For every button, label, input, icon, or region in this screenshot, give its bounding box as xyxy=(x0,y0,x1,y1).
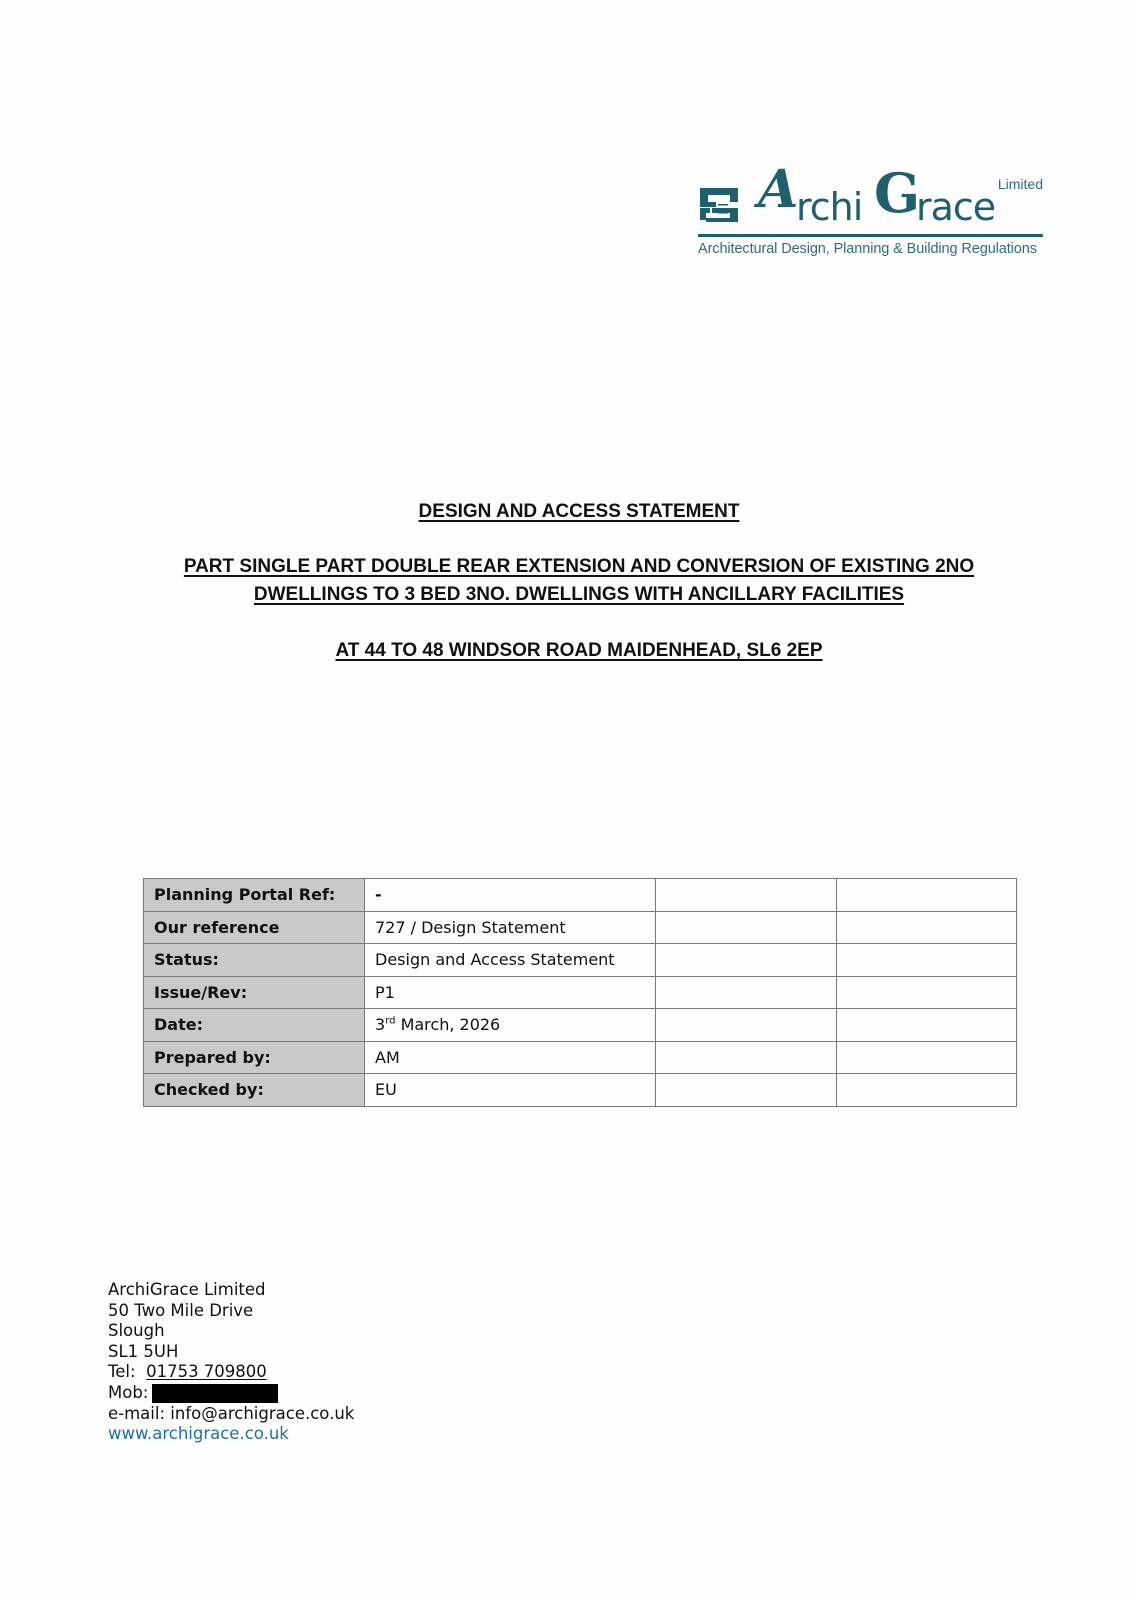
empty-cell xyxy=(837,976,1017,1009)
logo-suffix: Limited xyxy=(998,176,1043,192)
street-address: 50 Two Mile Drive xyxy=(108,1301,354,1322)
document-info-table: Planning Portal Ref: - Our reference 727… xyxy=(143,878,1017,1107)
logo-text-part: rchi xyxy=(796,188,862,226)
logo-divider xyxy=(698,234,1043,237)
row-value: - xyxy=(365,879,656,912)
town: Slough xyxy=(108,1321,354,1342)
empty-cell xyxy=(656,1009,837,1042)
empty-cell xyxy=(656,1041,837,1074)
row-label: Issue/Rev: xyxy=(144,976,365,1009)
row-value-date: 3rd March, 2026 xyxy=(365,1009,656,1042)
table-row: Prepared by: AM xyxy=(144,1041,1017,1074)
tel-label: Tel: xyxy=(108,1362,136,1381)
company-contact-block: ArchiGrace Limited 50 Two Mile Drive Slo… xyxy=(108,1280,354,1445)
email-label: e-mail: xyxy=(108,1404,165,1423)
table-row: Status: Design and Access Statement xyxy=(144,944,1017,977)
website-link[interactable]: www.archigrace.co.uk xyxy=(108,1424,354,1445)
empty-cell xyxy=(656,879,837,912)
row-value: 727 / Design Statement xyxy=(365,911,656,944)
document-subtitle: PART SINGLE PART DOUBLE REAR EXTENSION A… xyxy=(0,553,1130,609)
empty-cell xyxy=(837,1009,1017,1042)
telephone-line: Tel: 01753 709800 xyxy=(108,1362,354,1383)
row-value: EU xyxy=(365,1074,656,1107)
row-label: Checked by: xyxy=(144,1074,365,1107)
table-row: Checked by: EU xyxy=(144,1074,1017,1107)
date-ordinal: rd xyxy=(385,1016,395,1027)
empty-cell xyxy=(656,911,837,944)
table-row: Planning Portal Ref: - xyxy=(144,879,1017,912)
logo-initial-g: G xyxy=(874,166,920,220)
date-rest: March, 2026 xyxy=(395,1015,500,1034)
document-title: DESIGN AND ACCESS STATEMENT xyxy=(0,498,1130,526)
empty-cell xyxy=(837,1074,1017,1107)
empty-cell xyxy=(837,944,1017,977)
mobile-line: Mob: xyxy=(108,1383,354,1404)
row-value: P1 xyxy=(365,976,656,1009)
site-address-text: AT 44 TO 48 WINDSOR ROAD MAIDENHEAD, SL6… xyxy=(335,640,822,661)
document-subtitle-text: PART SINGLE PART DOUBLE REAR EXTENSION A… xyxy=(184,556,974,605)
row-label: Our reference xyxy=(144,911,365,944)
empty-cell xyxy=(656,944,837,977)
archigrace-monogram-icon xyxy=(698,182,742,226)
empty-cell xyxy=(837,879,1017,912)
company-logo: A rchi G race Limited Architectural Desi… xyxy=(698,168,1043,268)
email-address[interactable]: info@archigrace.co.uk xyxy=(170,1404,354,1423)
row-label: Date: xyxy=(144,1009,365,1042)
empty-cell xyxy=(837,1041,1017,1074)
table-row: Our reference 727 / Design Statement xyxy=(144,911,1017,944)
date-day: 3 xyxy=(375,1015,385,1034)
row-label: Planning Portal Ref: xyxy=(144,879,365,912)
table-row: Date: 3rd March, 2026 xyxy=(144,1009,1017,1042)
site-address: AT 44 TO 48 WINDSOR ROAD MAIDENHEAD, SL6… xyxy=(0,637,1130,665)
company-name: ArchiGrace Limited xyxy=(108,1280,354,1301)
logo-initial: A xyxy=(758,164,798,216)
empty-cell xyxy=(656,1074,837,1107)
row-value: Design and Access Statement xyxy=(365,944,656,977)
row-label: Status: xyxy=(144,944,365,977)
table-row: Issue/Rev: P1 xyxy=(144,976,1017,1009)
row-label: Prepared by: xyxy=(144,1041,365,1074)
logo-text-part: race xyxy=(916,188,995,226)
logo-tagline: Architectural Design, Planning & Buildin… xyxy=(698,241,1037,257)
empty-cell xyxy=(837,911,1017,944)
empty-cell xyxy=(656,976,837,1009)
row-value: AM xyxy=(365,1041,656,1074)
telephone-number[interactable]: 01753 709800 xyxy=(146,1362,267,1381)
email-line: e-mail: info@archigrace.co.uk xyxy=(108,1404,354,1425)
postcode: SL1 5UH xyxy=(108,1342,354,1363)
mob-label: Mob: xyxy=(108,1383,148,1402)
document-title-text: DESIGN AND ACCESS STATEMENT xyxy=(419,501,740,522)
redacted-mobile-number xyxy=(152,1384,278,1403)
